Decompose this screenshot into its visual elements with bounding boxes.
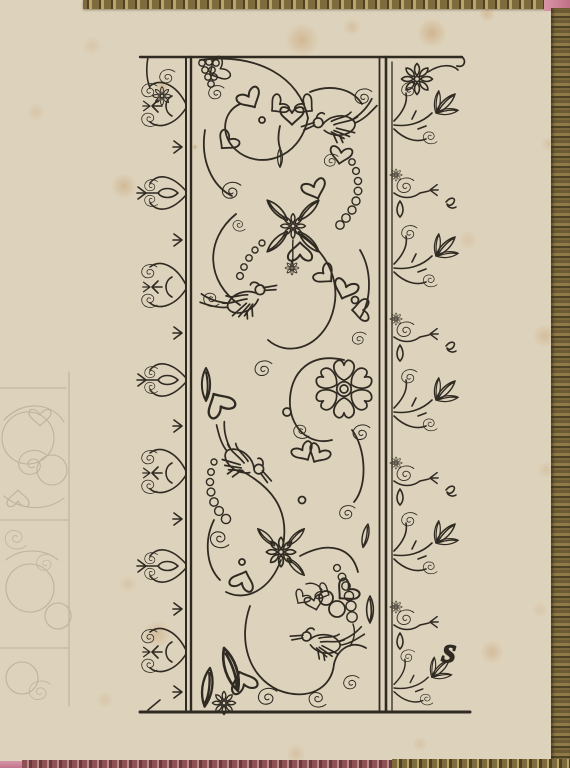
- daisy-blades-motif: [256, 527, 307, 578]
- crossed-blades-motif: [265, 198, 322, 275]
- screenshot: S: [0, 0, 570, 768]
- woodcut-print: S: [137, 55, 470, 714]
- right-border-strip: [390, 64, 467, 705]
- cover-bottom-gilt-band: [392, 759, 570, 768]
- frame-rules: [140, 57, 470, 712]
- cover-bottom-red-band: [22, 760, 394, 768]
- central-panel: [197, 55, 382, 714]
- showthrough-pattern: [0, 372, 71, 706]
- cover-right-gilt-band: [551, 8, 570, 763]
- cover-bottom-pink-corner: [0, 761, 24, 768]
- rosette-flower: [314, 360, 374, 417]
- cover-top-gilt-band: [83, 0, 548, 9]
- signature-mark: S: [440, 640, 457, 668]
- page-artwork: S: [0, 0, 570, 768]
- left-border-strip: [137, 70, 186, 698]
- bird-motif-diving: [197, 419, 281, 498]
